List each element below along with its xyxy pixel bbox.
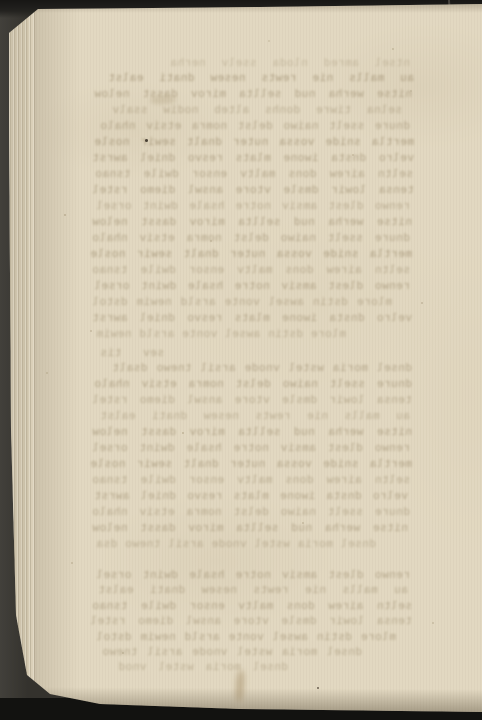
paper-fleck xyxy=(122,652,124,654)
paper-fleck xyxy=(90,330,92,332)
paper-fleck xyxy=(432,622,434,624)
paper-fleck xyxy=(302,522,304,524)
paper-fleck xyxy=(182,432,184,434)
paper-fleck xyxy=(392,48,394,50)
paper-fleck xyxy=(317,687,319,689)
paper-fleck xyxy=(410,90,412,92)
book-page: ntsel amred nloda sselv nerha tnsiau mal… xyxy=(0,0,482,720)
paper-smudge xyxy=(235,670,245,702)
paper-fleck xyxy=(46,372,48,374)
book-scan: ntsel amred nloda sselv nerha tnsiau mal… xyxy=(0,0,482,720)
paper-smudge xyxy=(150,96,176,105)
paper-fleck xyxy=(71,562,73,564)
paper-fleck xyxy=(145,139,148,142)
paper-fleck xyxy=(421,302,423,304)
paper-marks-layer xyxy=(0,0,482,720)
paper-fleck xyxy=(210,240,212,242)
paper-fleck xyxy=(352,154,354,156)
paper-fleck xyxy=(268,40,270,42)
paper-fleck xyxy=(64,214,66,216)
